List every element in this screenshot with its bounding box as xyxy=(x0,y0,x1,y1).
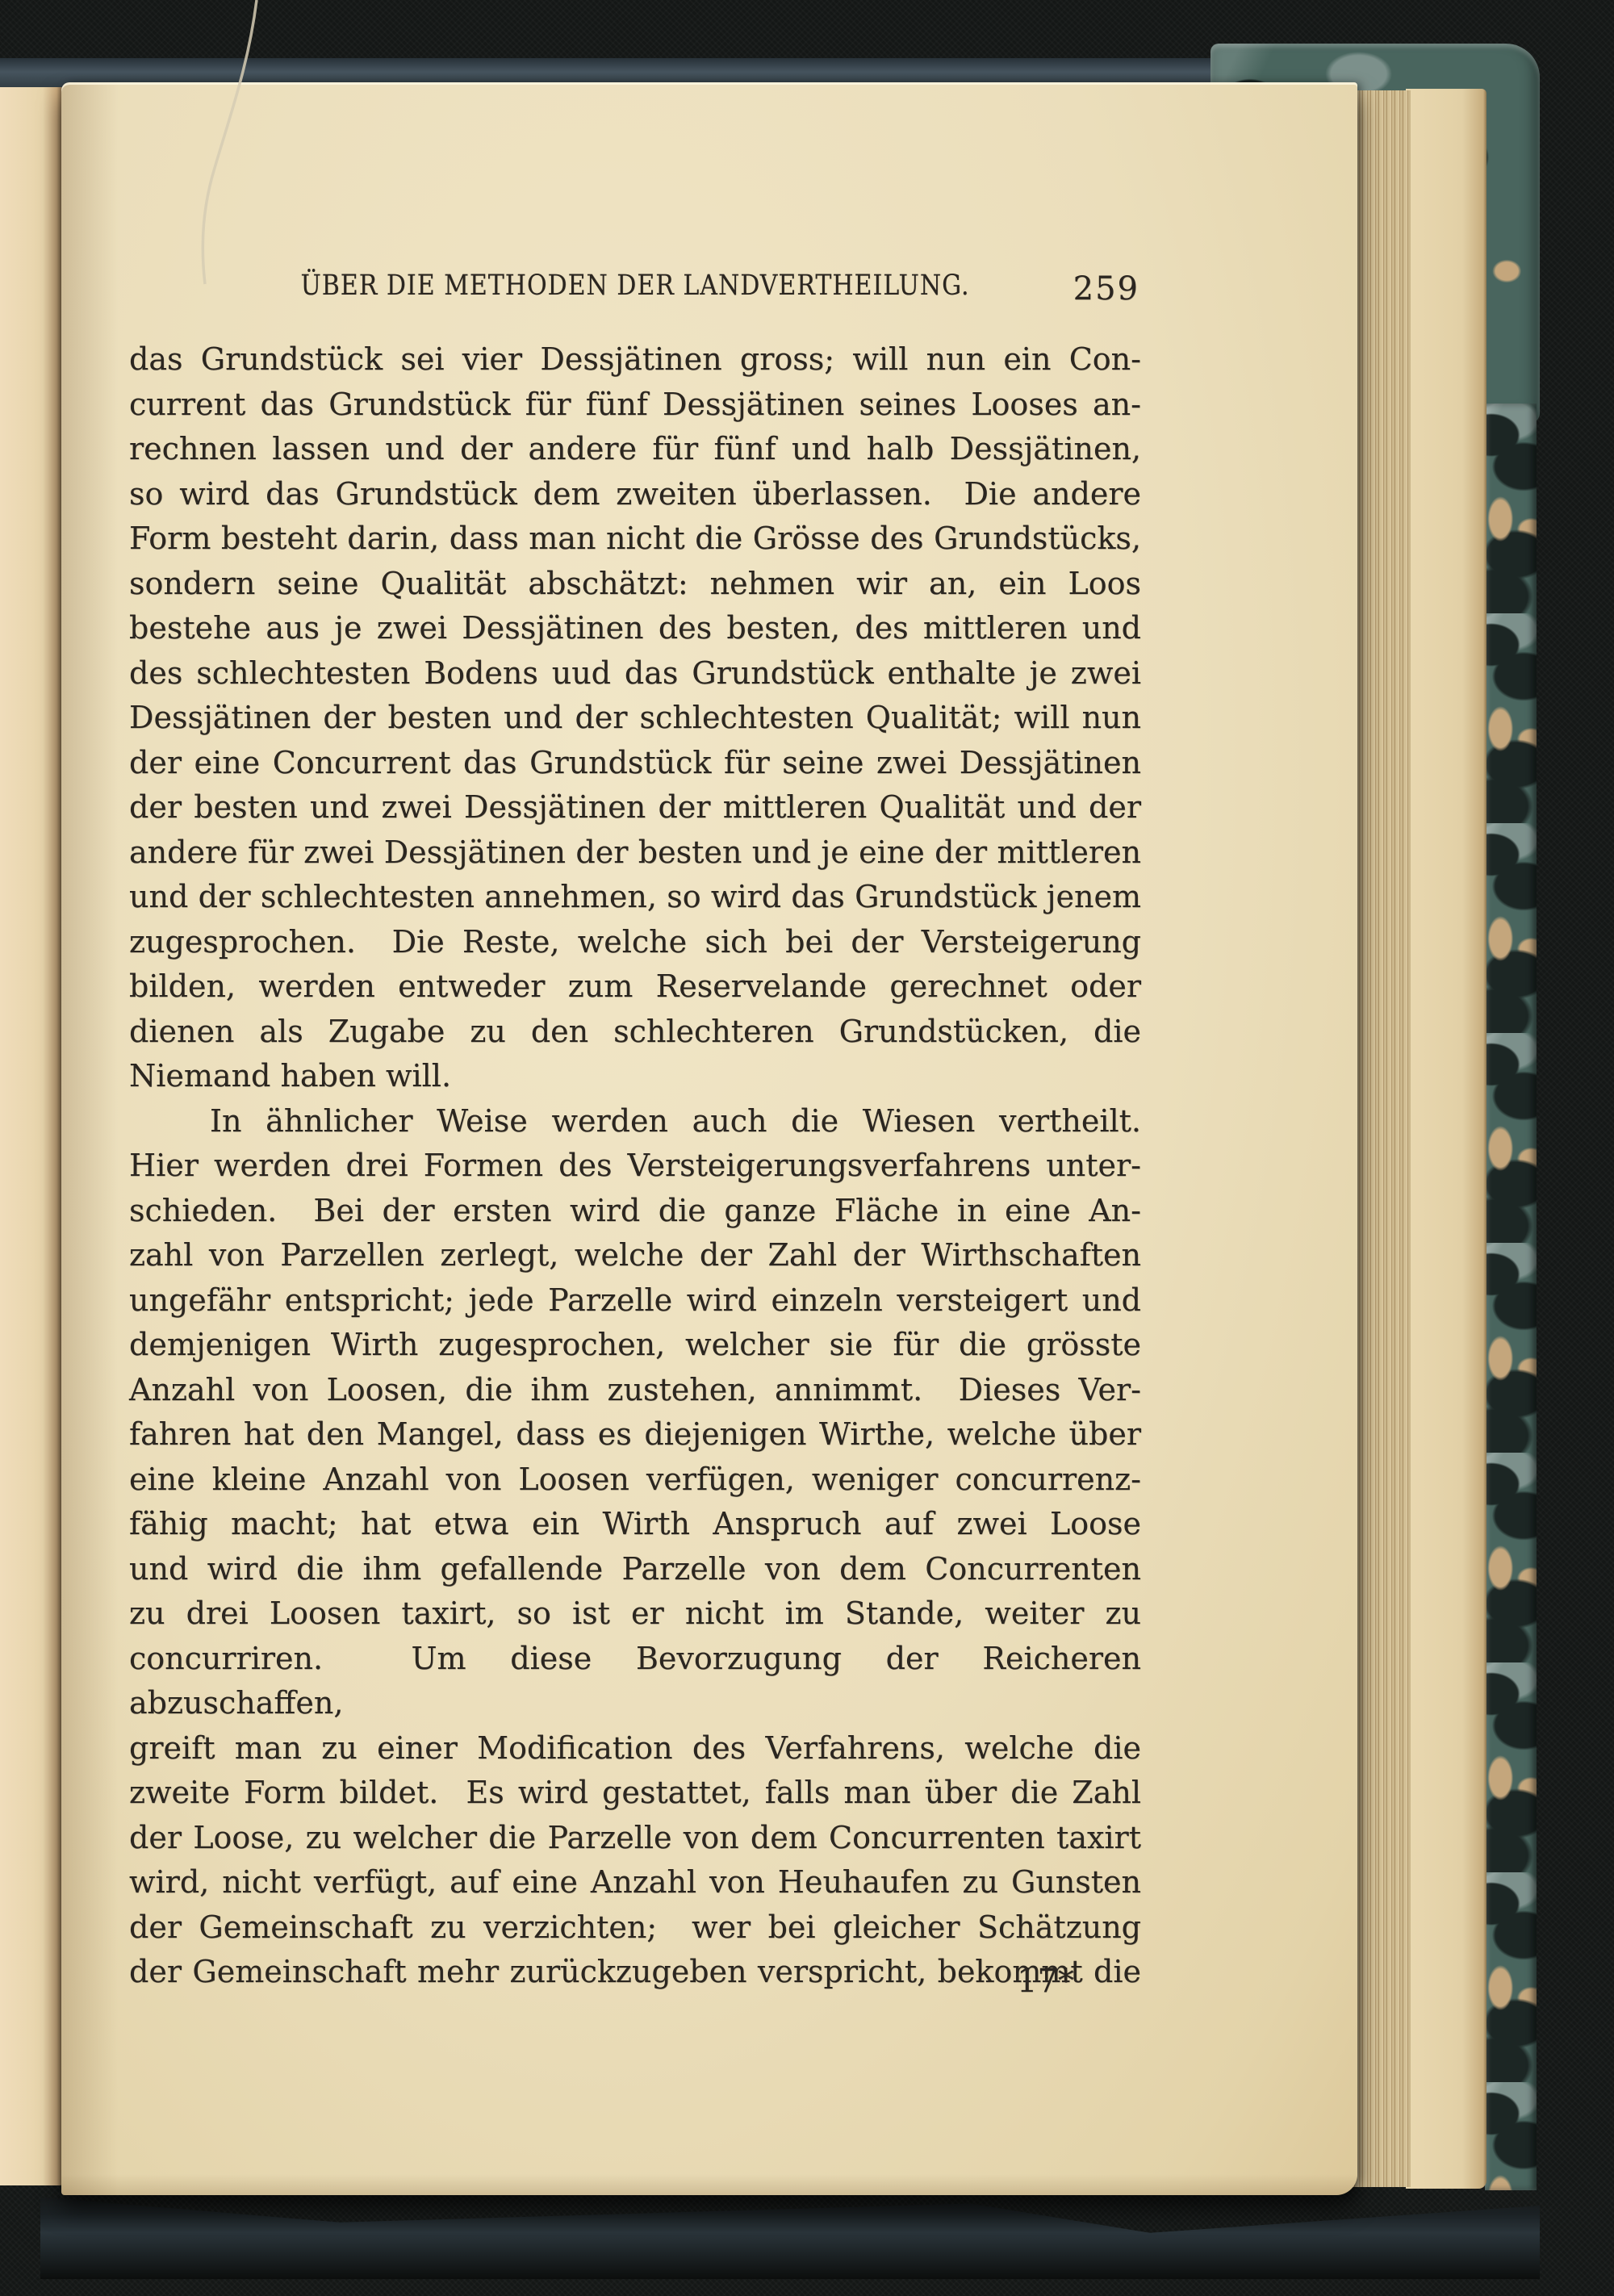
text-line: des schlechtesten Bodens uud das Grundst… xyxy=(129,651,1141,696)
text-line: current das Grundstück für fünf Dessjäti… xyxy=(129,383,1141,428)
text-line: schieden. Bei der ersten wird die ganze … xyxy=(129,1189,1141,1234)
text-line: der Gemeinschaft mehr zurückzugeben vers… xyxy=(129,1950,1141,1995)
facing-page-sliver xyxy=(0,87,63,2185)
text-line: In ähnlicher Weise werden auch die Wiese… xyxy=(129,1099,1141,1144)
text-line: der eine Concurrent das Grundstück für s… xyxy=(129,741,1141,786)
text-line: fahren hat den Mangel, dass es diejenige… xyxy=(129,1412,1141,1457)
text-line: bilden, werden entweder zum Reservelande… xyxy=(129,964,1141,1010)
text-line: rechnen lassen und der andere für fünf u… xyxy=(129,427,1141,472)
page-number: 259 xyxy=(1073,270,1139,308)
text-line: Form besteht darin, dass man nicht die G… xyxy=(129,516,1141,562)
text-line: und der schlechtesten annehmen, so wird … xyxy=(129,875,1141,920)
main-page: ÜBER DIE METHODEN DER LANDVERTHEILUNG. 2… xyxy=(61,82,1357,2195)
text-line: ungefähr entspricht; jede Parzelle wird … xyxy=(129,1278,1141,1324)
text-line: Dessjätinen der besten und der schlechte… xyxy=(129,696,1141,741)
text-line: eine kleine Anzahl von Loosen verfügen, … xyxy=(129,1457,1141,1503)
text-line: concurriren. Um diese Bevorzugung der Re… xyxy=(129,1637,1141,1726)
bookmark-thread-icon xyxy=(153,0,315,291)
text-line: zu drei Loosen taxirt, so ist er nicht i… xyxy=(129,1591,1141,1637)
text-line: zahl von Parzellen zerlegt, welche der Z… xyxy=(129,1233,1141,1278)
marbled-endpaper-strip xyxy=(1485,404,1537,2190)
underlying-leaf-edge xyxy=(1406,89,1486,2189)
text-line: und wird die ihm gefallende Parzelle von… xyxy=(129,1547,1141,1592)
text-line: bestehe aus je zwei Dessjätinen des best… xyxy=(129,606,1141,651)
text-line: andere für zwei Dessjätinen der besten u… xyxy=(129,830,1141,876)
text-line: fähig macht; hat etwa ein Wirth Anspruch… xyxy=(129,1502,1141,1547)
text-line: dienen als Zugabe zu den schlechteren Gr… xyxy=(129,1010,1141,1055)
text-line: demjenigen Wirth zugesprochen, welcher s… xyxy=(129,1323,1141,1368)
book-photo-scene: ÜBER DIE METHODEN DER LANDVERTHEILUNG. 2… xyxy=(0,0,1614,2296)
text-line: so wird das Grundstück dem zweiten überl… xyxy=(129,472,1141,517)
text-line: der Gemeinschaft zu verzichten; wer bei … xyxy=(129,1905,1141,1951)
text-line: zweite Form bildet. Es wird gestattet, f… xyxy=(129,1771,1141,1816)
text-line: wird, nicht verfügt, auf eine Anzahl von… xyxy=(129,1860,1141,1905)
text-line: zugesprochen. Die Reste, welche sich bei… xyxy=(129,920,1141,965)
text-line: greift man zu einer Modification des Ver… xyxy=(129,1726,1141,1771)
signature-mark: 17* xyxy=(1017,1963,1074,2000)
text-line: der Loose, zu welcher die Parzelle von d… xyxy=(129,1816,1141,1861)
text-line: der besten und zwei Dessjätinen der mitt… xyxy=(129,785,1141,830)
text-line: Anzahl von Loosen, die ihm zustehen, ann… xyxy=(129,1368,1141,1413)
body-text: das Grundstück sei vier Dessjätinen gros… xyxy=(129,337,1141,1995)
text-line: sondern seine Qualität abschätzt: nehmen… xyxy=(129,562,1141,607)
text-line: Niemand haben will. xyxy=(129,1054,1141,1099)
text-line: Hier werden drei Formen des Versteigerun… xyxy=(129,1144,1141,1189)
page-stack-edges xyxy=(1349,90,1411,2187)
text-line: das Grundstück sei vier Dessjätinen gros… xyxy=(129,337,1141,383)
